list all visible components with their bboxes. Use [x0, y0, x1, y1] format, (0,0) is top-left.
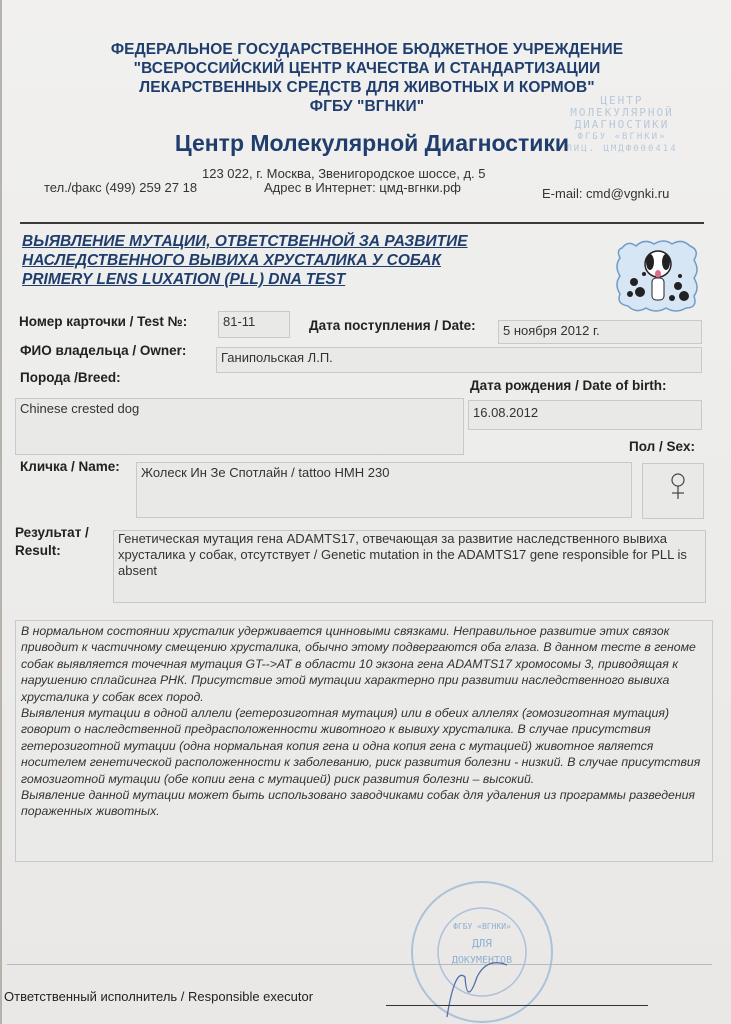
info-paragraph: Выявление данной мутации может быть испо… — [21, 787, 707, 820]
dob-label: Дата рождения / Date of birth: — [470, 378, 667, 393]
website: Адрес в Интернет: цмд-вгнки.рф — [264, 180, 461, 195]
date-label: Дата поступления / Date: — [309, 318, 476, 333]
info-paragraph: В нормальном состоянии хрусталик удержив… — [21, 623, 707, 705]
breed-field: Chinese crested dog — [15, 398, 464, 455]
female-sign-icon — [647, 466, 707, 520]
address: 123 022, г. Москва, Звенигородское шоссе… — [202, 166, 486, 181]
result-label: Результат / Result: — [15, 524, 89, 560]
sex-label: Пол / Sex: — [629, 439, 695, 454]
test-no-field: 81-11 — [218, 311, 290, 338]
svg-text:ДЛЯ: ДЛЯ — [472, 937, 492, 950]
info-description: В нормальном состоянии хрусталик удержив… — [15, 620, 713, 862]
official-seal-stamp-icon: ДЛЯ ДОКУМЕНТОВ ФГБУ «ВГНКИ» — [407, 877, 557, 1024]
test-no-label: Номер карточки / Test №: — [19, 314, 187, 329]
name-field: Жолеск Ин Зе Спотлайн / tattoo HMH 230 — [136, 462, 632, 518]
breed-label: Порода /Breed: — [20, 370, 121, 385]
svg-text:ФГБУ «ВГНКИ»: ФГБУ «ВГНКИ» — [453, 922, 511, 931]
executor-label: Ответственный исполнитель / Responsible … — [4, 989, 313, 1004]
org-line: "ВСЕРОССИЙСКИЙ ЦЕНТР КАЧЕСТВА И СТАНДАРТ… — [42, 59, 692, 78]
sex-field — [642, 463, 704, 519]
center-name: Центр Молекулярной Диагностики — [102, 130, 642, 157]
footer-divider — [7, 964, 712, 965]
org-line: ФЕДЕРАЛЬНОЕ ГОСУДАРСТВЕННОЕ БЮДЖЕТНОЕ УЧ… — [42, 40, 692, 59]
test-title: ВЫЯВЛЕНИЕ МУТАЦИИ, ОТВЕТСТВЕННОЙ ЗА РАЗВ… — [22, 232, 468, 289]
certificate-page: ФЕДЕРАЛЬНОЕ ГОСУДАРСТВЕННОЕ БЮДЖЕТНОЕ УЧ… — [2, 0, 731, 1024]
name-label: Кличка / Name: — [20, 459, 120, 474]
email: E-mail: cmd@vgnki.ru — [542, 186, 669, 201]
info-paragraph: Выявления мутации в одной аллели (гетеро… — [21, 705, 707, 787]
owner-label: ФИО владельца / Owner: — [20, 343, 186, 358]
owner-field: Ганипольская Л.П. — [216, 347, 702, 373]
phone-fax: тел./факс (499) 259 27 18 — [44, 180, 197, 195]
date-field: 5 ноября 2012 г. — [498, 320, 702, 344]
header-divider — [20, 222, 704, 224]
dob-field: 16.08.2012 — [468, 400, 702, 430]
signature-line — [386, 1005, 648, 1006]
result-field: Генетическая мутация гена ADAMTS17, отве… — [113, 530, 706, 603]
dalmatian-dog-logo-icon — [614, 238, 700, 314]
